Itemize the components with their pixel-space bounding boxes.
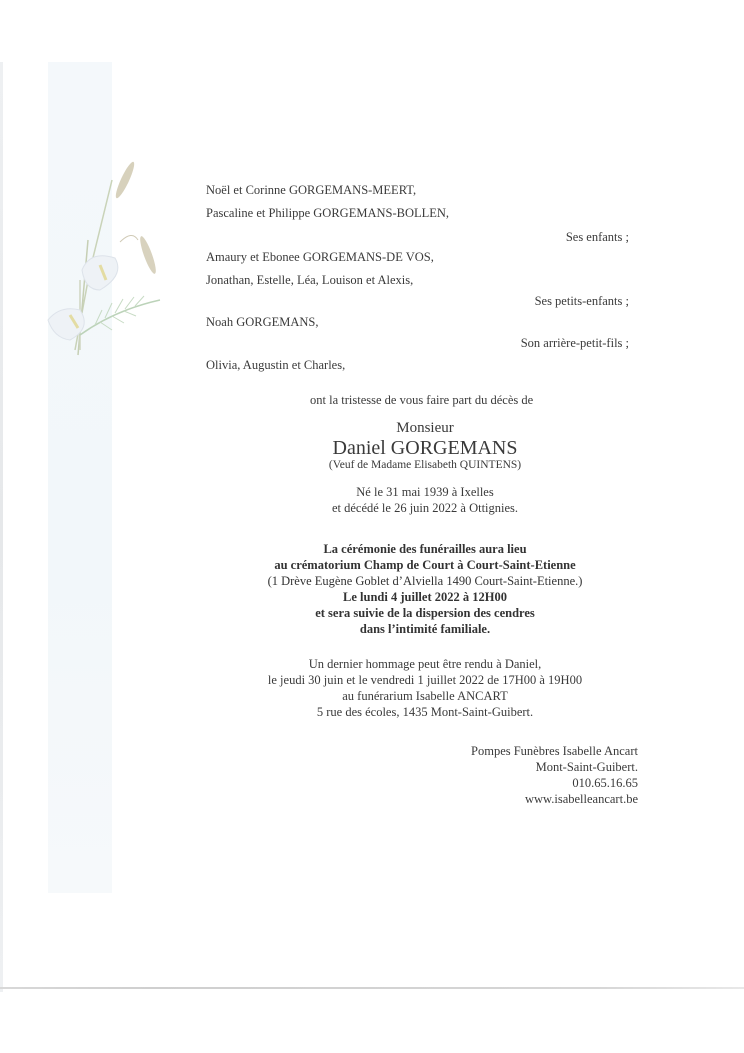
announcement: ont la tristesse de vous faire part du d… [310, 393, 533, 408]
deceased-name: Daniel GORGEMANS [206, 437, 644, 459]
ceremony-line-1: La cérémonie des funérailles aura lieu [206, 541, 644, 557]
others: Olivia, Augustin et Charles, [206, 358, 345, 373]
tribute-line-3: au funérarium Isabelle ANCART [206, 688, 644, 704]
tribute-line-4: 5 rue des écoles, 1435 Mont-Saint-Guiber… [206, 704, 644, 720]
birth-line: Né le 31 mai 1939 à Ixelles [206, 484, 644, 500]
child-1: Noël et Corinne GORGEMANS-MEERT, [206, 183, 416, 198]
tribute-line-1: Un dernier hommage peut être rendu à Dan… [206, 656, 644, 672]
child-2: Pascaline et Philippe GORGEMANS-BOLLEN, [206, 206, 449, 221]
tribute-block: Un dernier hommage peut être rendu à Dan… [206, 656, 644, 720]
dates-block: Né le 31 mai 1939 à Ixelles et décédé le… [206, 484, 644, 516]
great-grandchild: Noah GORGEMANS, [206, 315, 319, 330]
ceremony-block: La cérémonie des funérailles aura lieu a… [206, 541, 644, 637]
spouse-note: (Veuf de Madame Elisabeth QUINTENS) [206, 459, 644, 471]
funeral-home-block: Pompes Funèbres Isabelle Ancart Mont-Sai… [471, 743, 638, 807]
ceremony-line-5: et sera suivie de la dispersion des cend… [206, 605, 644, 621]
ceremony-line-2: au crématorium Champ de Court à Court-Sa… [206, 557, 644, 573]
funeral-home-website: www.isabelleancart.be [471, 791, 638, 807]
funeral-home-phone: 010.65.16.65 [471, 775, 638, 791]
ceremony-date: Le lundi 4 juillet 2022 à 12H00 [206, 589, 644, 605]
funeral-home-name: Pompes Funèbres Isabelle Ancart [471, 743, 638, 759]
calla-lily-wheat-icon [20, 150, 170, 370]
page-bottom-edge [0, 987, 744, 989]
deceased-title: Monsieur [206, 420, 644, 437]
page-left-edge [0, 62, 3, 992]
grandchild-2: Jonathan, Estelle, Léa, Louison et Alexi… [206, 273, 413, 288]
children-label: Ses enfants ; [566, 230, 629, 245]
great-grandchild-label: Son arrière-petit-fils ; [521, 336, 629, 351]
ceremony-line-6: dans l’intimité familiale. [206, 621, 644, 637]
death-line: et décédé le 26 juin 2022 à Ottignies. [206, 500, 644, 516]
ceremony-address: (1 Drève Eugène Goblet d’Alviella 1490 C… [206, 573, 644, 589]
grandchild-1: Amaury et Ebonee GORGEMANS-DE VOS, [206, 250, 434, 265]
deceased-block: Monsieur Daniel GORGEMANS (Veuf de Madam… [206, 420, 644, 471]
funeral-home-city: Mont-Saint-Guibert. [471, 759, 638, 775]
grandchildren-label: Ses petits-enfants ; [535, 294, 629, 309]
tribute-line-2: le jeudi 30 juin et le vendredi 1 juille… [206, 672, 644, 688]
